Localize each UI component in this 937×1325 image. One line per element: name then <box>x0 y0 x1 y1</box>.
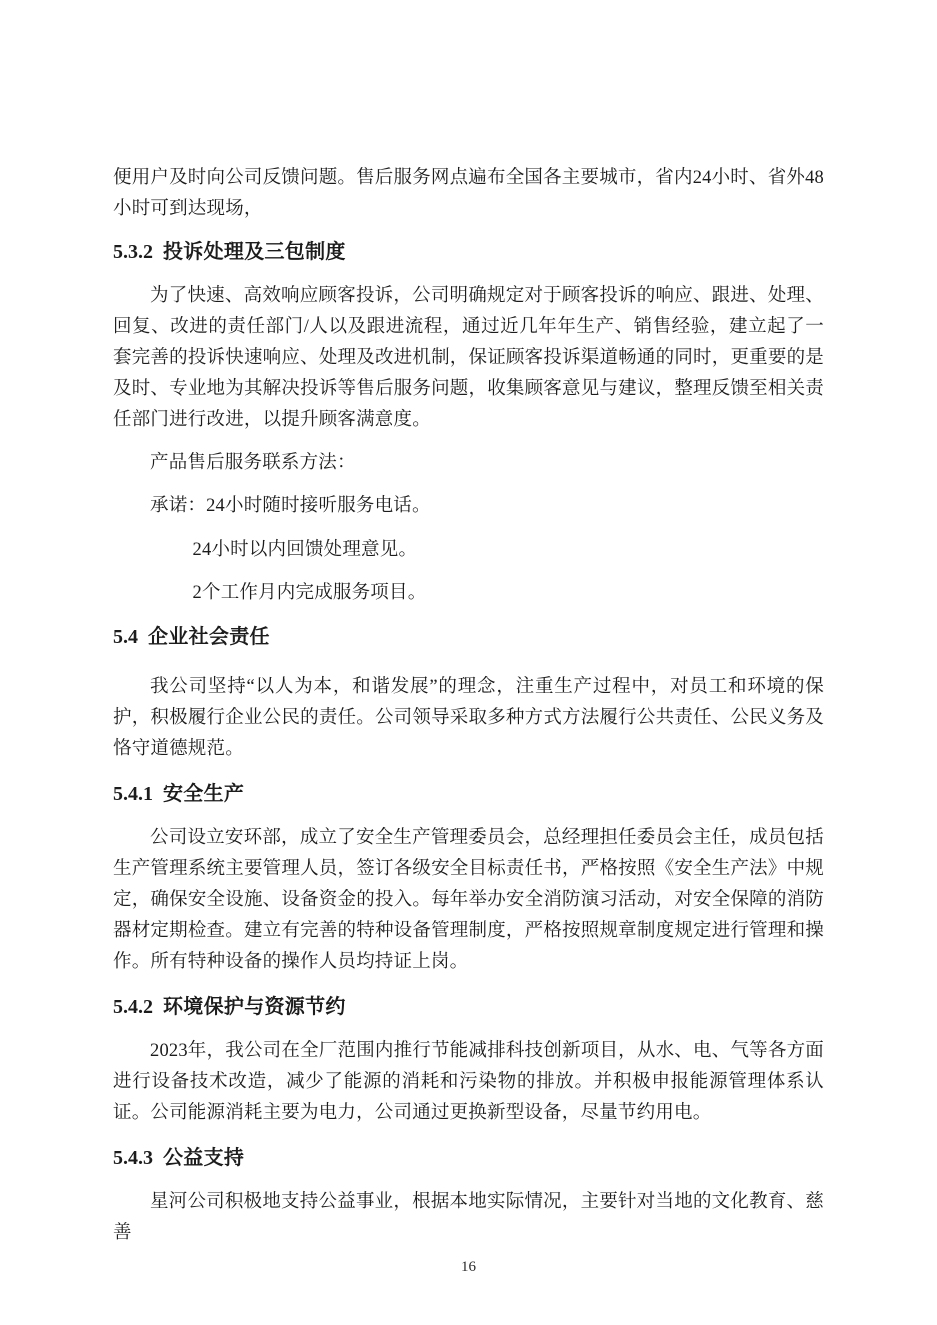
document-page: 便用户及时向公司反馈问题。售后服务网点遍布全国各主要城市，省内24小时、省外48… <box>0 0 937 1325</box>
page-number: 16 <box>113 1257 824 1277</box>
paragraph-promise-feedback: 24小时以内回馈处理意见。 <box>113 535 824 566</box>
paragraph-complaint-handling: 为了快速、高效响应顾客投诉，公司明确规定对于顾客投诉的响应、跟进、处理、回复、改… <box>113 281 824 436</box>
section-heading-5-3-2: 5.3.2投诉处理及三包制度 <box>113 237 824 268</box>
paragraph-promise-phone: 承诺：24小时随时接听服务电话。 <box>113 491 824 522</box>
section-number: 5.4.1 <box>113 783 153 805</box>
section-heading-5-4-1: 5.4.1安全生产 <box>113 779 824 810</box>
section-number: 5.4.2 <box>113 996 153 1018</box>
section-number: 5.4.3 <box>113 1147 153 1169</box>
paragraph-environment-protection: 2023年，我公司在全厂范围内推行节能减排科技创新项目，从水、电、气等各方面进行… <box>113 1036 824 1129</box>
paragraph-promise-completion: 2个工作月内完成服务项目。 <box>113 578 824 609</box>
paragraph-safety-production: 公司设立安环部，成立了安全生产管理委员会，总经理担任委员会主任，成员包括生产管理… <box>113 823 824 978</box>
section-number: 5.3.2 <box>113 241 153 263</box>
section-title: 安全生产 <box>163 783 244 805</box>
section-heading-5-4-3: 5.4.3公益支持 <box>113 1143 824 1174</box>
paragraph-after-sales-network: 便用户及时向公司反馈问题。售后服务网点遍布全国各主要城市，省内24小时、省外48… <box>113 163 824 225</box>
section-title: 环境保护与资源节约 <box>163 996 346 1018</box>
paragraph-contact-method-label: 产品售后服务联系方法： <box>113 448 824 479</box>
section-number: 5.4 <box>113 626 138 648</box>
section-heading-5-4-2: 5.4.2环境保护与资源节约 <box>113 992 824 1023</box>
section-title: 公益支持 <box>163 1147 244 1169</box>
document-content: 便用户及时向公司反馈问题。售后服务网点遍布全国各主要城市，省内24小时、省外48… <box>0 0 937 1277</box>
paragraph-csr-philosophy: 我公司坚持“以人为本，和谐发展”的理念，注重生产过程中，对员工和环境的保护，积极… <box>113 672 824 765</box>
section-title: 企业社会责任 <box>148 626 270 648</box>
section-title: 投诉处理及三包制度 <box>163 241 346 263</box>
paragraph-charity-support: 星河公司积极地支持公益事业，根据本地实际情况，主要针对当地的文化教育、慈善 <box>113 1187 824 1249</box>
section-heading-5-4: 5.4企业社会责任 <box>113 622 824 653</box>
